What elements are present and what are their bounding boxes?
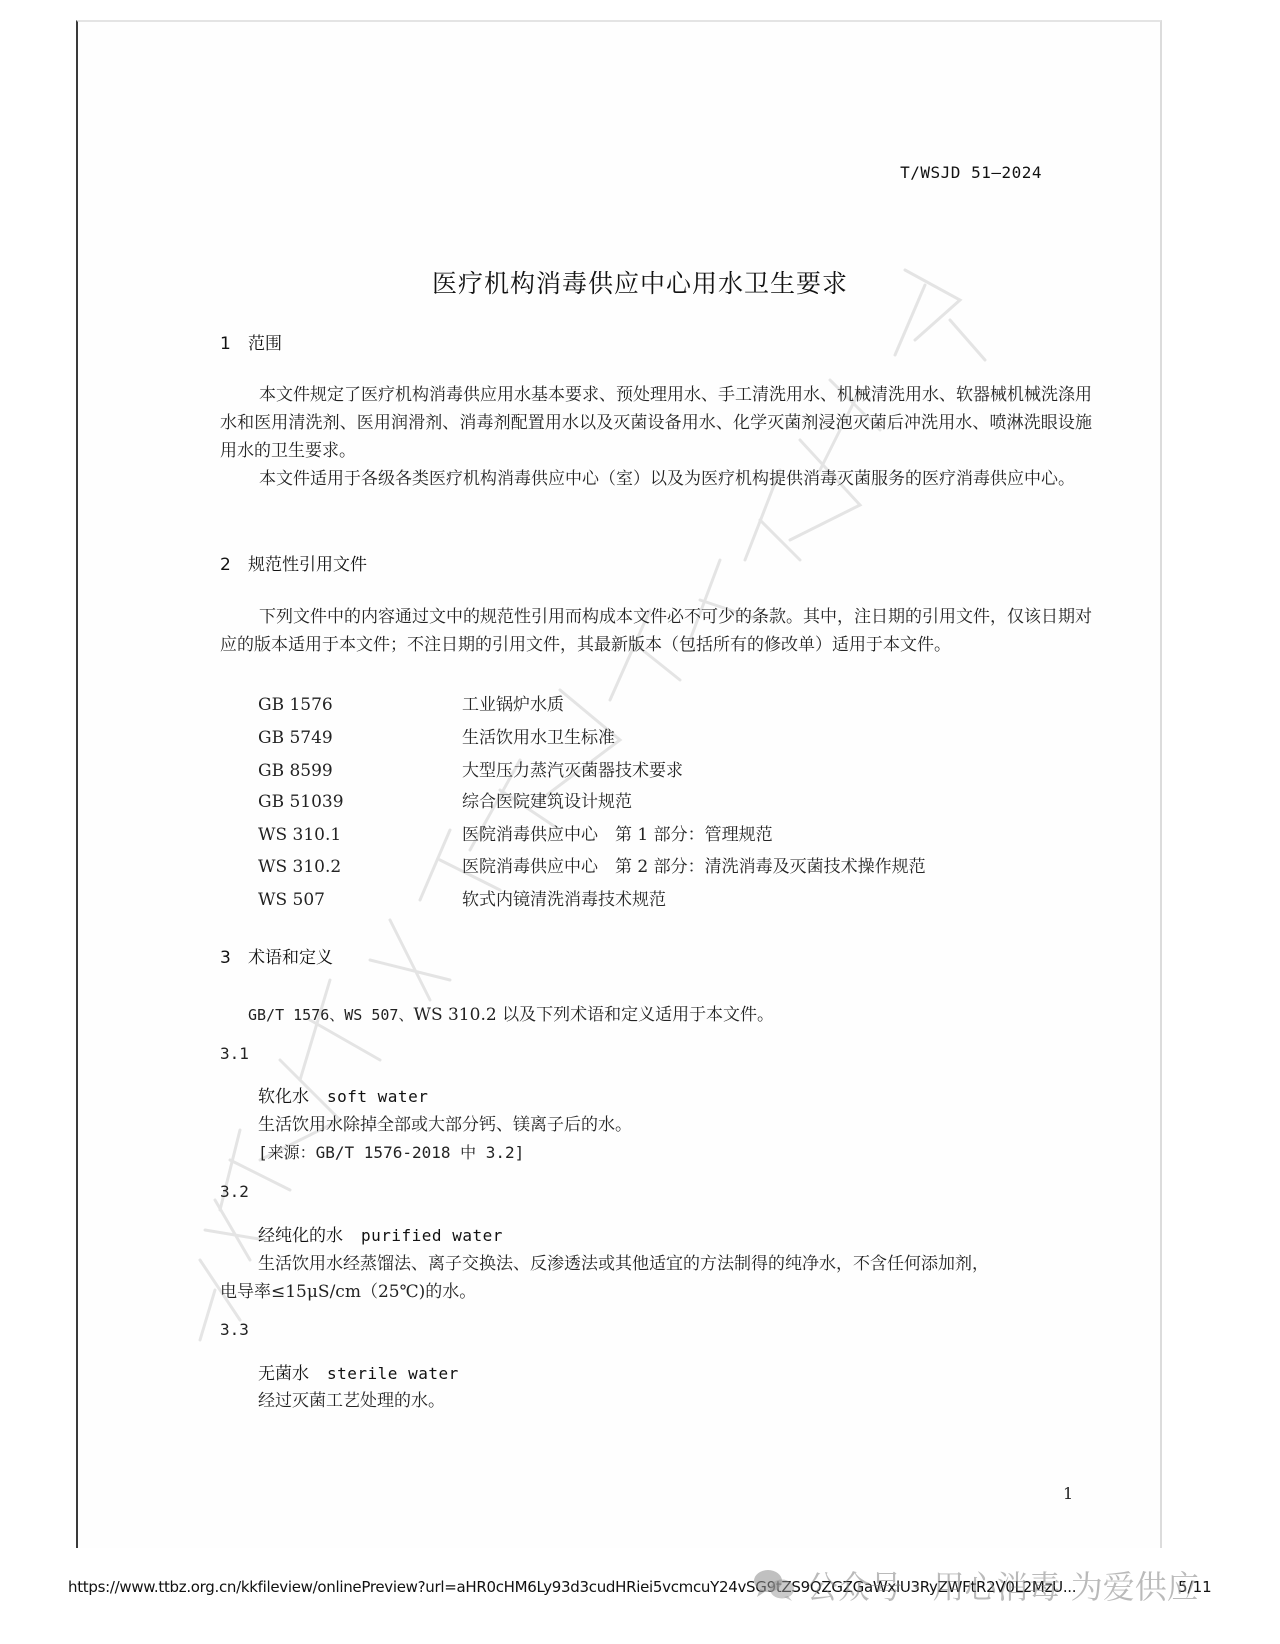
- term-number: 3.3: [220, 1320, 249, 1339]
- reference-code: GB 5749: [258, 728, 462, 748]
- section-1-paragraph-1: 本文件规定了医疗机构消毒供应用水基本要求、预处理用水、手工清洗用水、机械清洗用水…: [220, 381, 1092, 465]
- reference-code: WS 310.2: [258, 857, 462, 877]
- section-1-number: 1: [220, 334, 248, 354]
- reference-row: GB 51039综合医院建筑设计规范: [258, 787, 632, 812]
- reference-code: WS 507: [258, 890, 462, 910]
- section-2-number: 2: [220, 555, 248, 575]
- term-source: [来源：GB/T 1576-2018 中 3.2]: [258, 1140, 524, 1163]
- section-1-paragraph-2: 本文件适用于各级各类医疗机构消毒供应中心（室）以及为医疗机构提供消毒灭菌服务的医…: [220, 465, 1092, 493]
- section-1-title: 范围: [248, 334, 282, 354]
- intro-suffix: WS 310.2 以及下列术语和定义适用于本文件。: [413, 1005, 774, 1025]
- reference-row: WS 310.1医院消毒供应中心 第 1 部分：管理规范: [258, 820, 773, 845]
- document-code: T/WSJD 51—2024: [900, 163, 1042, 182]
- term-number: 3.2: [220, 1182, 249, 1201]
- reference-code: WS 310.1: [258, 825, 462, 845]
- reference-row: WS 507软式内镜清洗消毒技术规范: [258, 885, 666, 910]
- section-3-intro: GB/T 1576、WS 507、WS 310.2 以及下列术语和定义适用于本文…: [248, 1000, 774, 1025]
- text-line: 本文件适用于各级各类医疗机构消毒供应中心（室）以及为医疗机构提供消毒灭菌服务的医…: [259, 469, 990, 489]
- term-definition: 生活饮用水除掉全部或大部分钙、镁离子后的水。: [258, 1110, 632, 1135]
- term-heading: 无菌水sterile water: [258, 1359, 459, 1384]
- section-1-heading: 1范围: [220, 329, 282, 354]
- term-definition-line-2: 电导率≤15μS/cm（25℃)的水。: [220, 1277, 476, 1302]
- section-3-number: 3: [220, 948, 248, 968]
- intro-prefix: GB/T 1576、WS 507、: [248, 1006, 413, 1024]
- term-zh: 经纯化的水: [258, 1226, 343, 1246]
- reference-title: 生活饮用水卫生标准: [462, 728, 615, 748]
- reference-title: 软式内镜清洗消毒技术规范: [462, 890, 666, 910]
- section-2-title: 规范性引用文件: [248, 555, 367, 575]
- text-line: 文件。: [900, 635, 951, 655]
- section-3-heading: 3术语和定义: [220, 943, 333, 968]
- section-2-intro: 下列文件中的内容通过文中的规范性引用而构成本文件必不可少的条款。其中，注日期的引…: [220, 603, 1092, 659]
- page-number: 1: [1063, 1484, 1073, 1503]
- section-2-heading: 2规范性引用文件: [220, 550, 367, 575]
- reference-row: GB 1576工业锅炉水质: [258, 690, 564, 715]
- account-watermark-text: 公众号 · 用心消毒 为爱供应: [806, 1562, 1199, 1608]
- text-line: 下列文件中的内容通过文中的规范性引用而构成本文件必不可少的条款。其中，注日期的引…: [259, 607, 1007, 627]
- reference-title: 医院消毒供应中心 第 1 部分：管理规范: [462, 825, 773, 845]
- reference-title: 工业锅炉水质: [462, 695, 564, 715]
- term-en: soft water: [327, 1087, 428, 1106]
- term-heading: 经纯化的水purified water: [258, 1221, 503, 1246]
- reference-title: 综合医院建筑设计规范: [462, 792, 632, 812]
- term-en: sterile water: [327, 1364, 459, 1383]
- wechat-icon: [752, 1567, 796, 1603]
- term-definition-line-1: 生活饮用水经蒸馏法、离子交换法、反渗透法或其他适宜的方法制得的纯净水，不含任何添…: [258, 1249, 989, 1274]
- section-3-title: 术语和定义: [248, 948, 333, 968]
- reference-row: WS 310.2医院消毒供应中心 第 2 部分：清洗消毒及灭菌技术操作规范: [258, 852, 926, 877]
- term-zh: 软化水: [258, 1087, 309, 1107]
- term-number: 3.1: [220, 1044, 249, 1063]
- reference-code: GB 51039: [258, 792, 462, 812]
- account-watermark: 公众号 · 用心消毒 为爱供应: [752, 1562, 1199, 1608]
- reference-row: GB 5749生活饮用水卫生标准: [258, 723, 615, 748]
- text-line: 本文件规定了医疗机构消毒供应用水基本要求、预处理用水、手工清洗用水、机械清洗用水…: [259, 385, 990, 405]
- reference-row: GB 8599大型压力蒸汽灭菌器技术要求: [258, 756, 683, 781]
- document-page: [76, 20, 1162, 1548]
- term-definition: 经过灭菌工艺处理的水。: [258, 1386, 445, 1411]
- term-en: purified water: [361, 1226, 503, 1245]
- reference-title: 医院消毒供应中心 第 2 部分：清洗消毒及灭菌技术操作规范: [462, 857, 926, 877]
- term-heading: 软化水soft water: [258, 1082, 428, 1107]
- text-line: 供应中心。: [990, 469, 1075, 489]
- reference-title: 大型压力蒸汽灭菌器技术要求: [462, 761, 683, 781]
- document-title: 医疗机构消毒供应中心用水卫生要求: [0, 264, 1280, 300]
- term-zh: 无菌水: [258, 1364, 309, 1384]
- reference-code: GB 1576: [258, 695, 462, 715]
- reference-code: GB 8599: [258, 761, 462, 781]
